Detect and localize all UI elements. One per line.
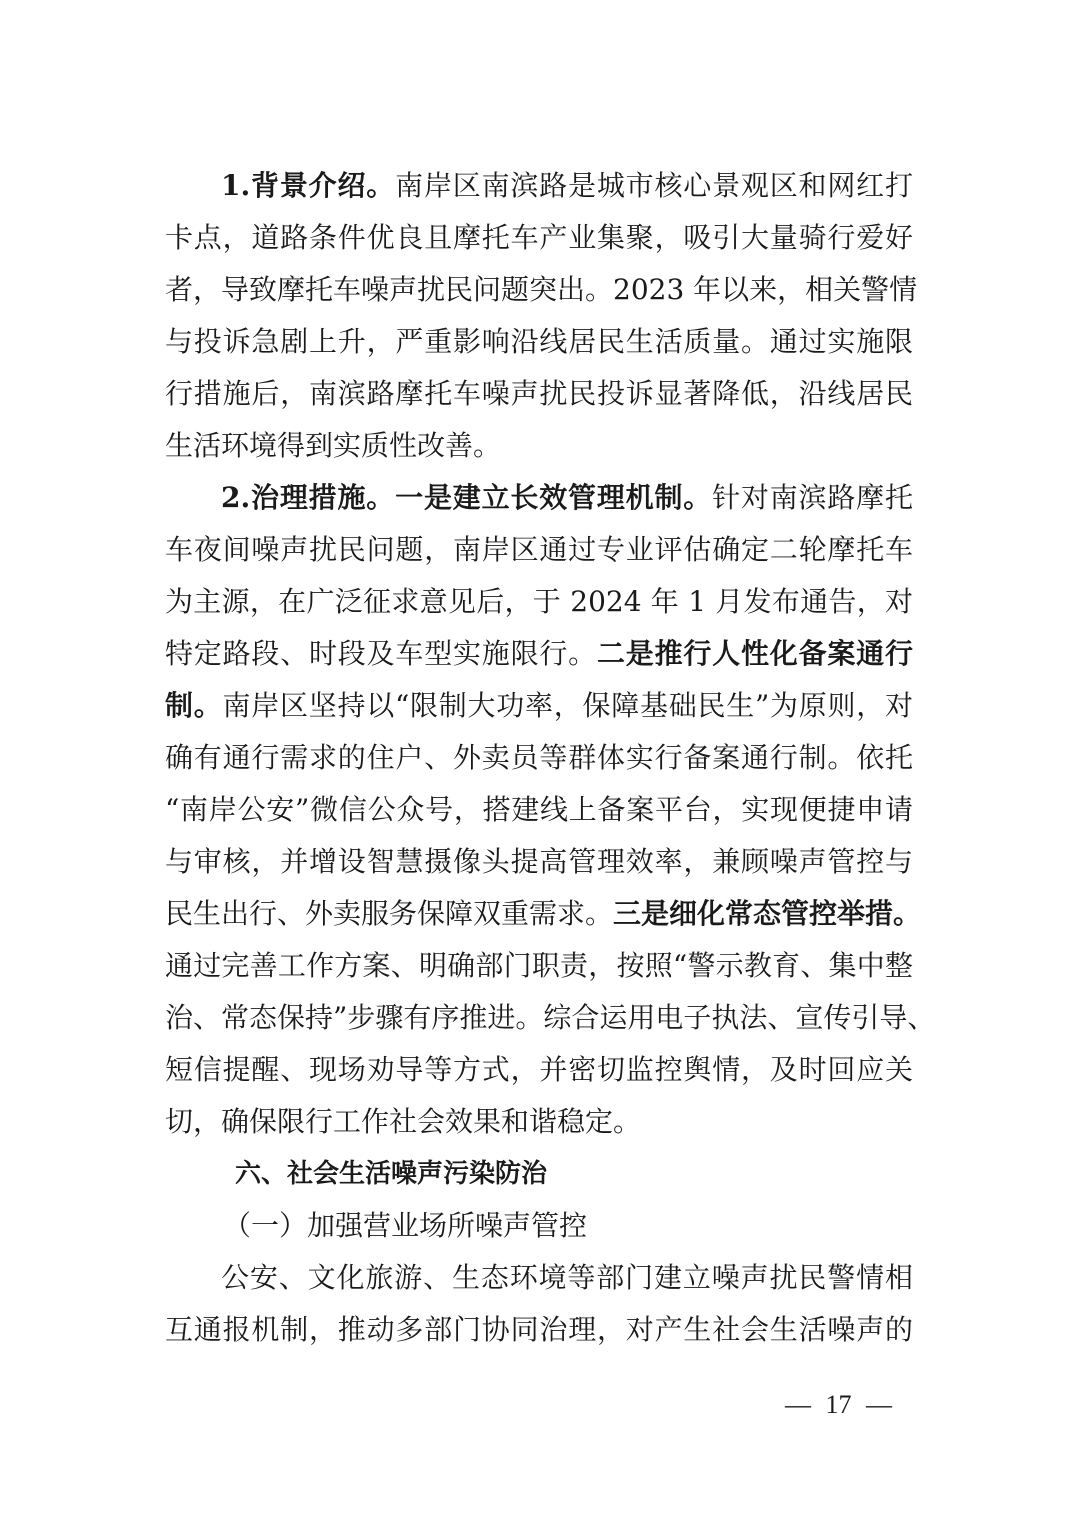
paragraph2-line-1: 2.治理措施。一是建立长效管理机制。针对南滨路摩托 [165,472,913,524]
paragraph1-line-5: 行措施后，南滨路摩托车噪声扰民投诉显著降低，沿线居民 [165,368,913,420]
measure1-title: 一是建立长效管理机制。 [395,481,712,514]
page-number: — 17 — [785,1390,892,1420]
paragraph2-line-9: 民生出行、外卖服务保障双重需求。三是细化常态管控举措。 [165,888,913,940]
paragraph2-lead: 2.治理措施。 [221,481,395,514]
paragraph2-line-4: 特定路段、时段及车型实施限行。二是推行人性化备案通行 [165,628,913,680]
paragraph2-line-5: 制。南岸区坚持以“限制大功率，保障基础民生”为原则，对 [165,680,913,732]
paragraph1-line-6: 生活环境得到实质性改善。 [165,420,913,472]
document-page: 1.背景介绍。南岸区南滨路是城市核心景观区和网红打 卡点，道路条件优良且摩托车产… [165,160,913,1356]
paragraph2-line-10: 通过完善工作方案、明确部门职责，按照“警示教育、集中整 [165,940,913,992]
section6-line-2: 互通报机制，推动多部门协同治理，对产生社会生活噪声的 [165,1304,913,1356]
measure3-title: 三是细化常态管控举措。 [613,897,921,930]
paragraph1-line-1: 1.背景介绍。南岸区南滨路是城市核心景观区和网红打 [165,160,913,212]
paragraph2-line-3: 为主源，在广泛征求意见后，于 2024 年 1 月发布通告，对 [165,576,913,628]
paragraph2-line-6: 确有通行需求的住户、外卖员等群体实行备案通行制。依托 [165,732,913,784]
measure2-title: 二是推行人性化备案通行 [597,637,913,670]
paragraph1-line-4: 与投诉急剧上升，严重影响沿线居民生活质量。通过实施限 [165,316,913,368]
paragraph1-lead: 1.背景介绍。 [221,169,395,202]
paragraph2-line-11: 治、常态保持”步骤有序推进。综合运用电子执法、宣传引导、 [165,992,913,1044]
paragraph1-line-2: 卡点，道路条件优良且摩托车产业集聚，吸引大量骑行爱好 [165,212,913,264]
paragraph2-line-2: 车夜间噪声扰民问题，南岸区通过专业评估确定二轮摩托车 [165,524,913,576]
section6-line-1: 公安、文化旅游、生态环境等部门建立噪声扰民警情相 [165,1252,913,1304]
paragraph1-line-3: 者，导致摩托车噪声扰民问题突出。2023 年以来，相关警情 [165,264,913,316]
paragraph2-line-8: 与审核，并增设智慧摄像头提高管理效率，兼顾噪声管控与 [165,836,913,888]
section-subheading: （一）加强营业场所噪声管控 [165,1200,913,1252]
paragraph2-line-7: “南岸公安”微信公众号，搭建线上备案平台，实现便捷申请 [165,784,913,836]
paragraph2-line-12: 短信提醒、现场劝导等方式，并密切监控舆情，及时回应关 [165,1044,913,1096]
section-heading: 六、社会生活噪声污染防治 [165,1148,913,1200]
paragraph2-line-13: 切，确保限行工作社会效果和谐稳定。 [165,1096,913,1148]
